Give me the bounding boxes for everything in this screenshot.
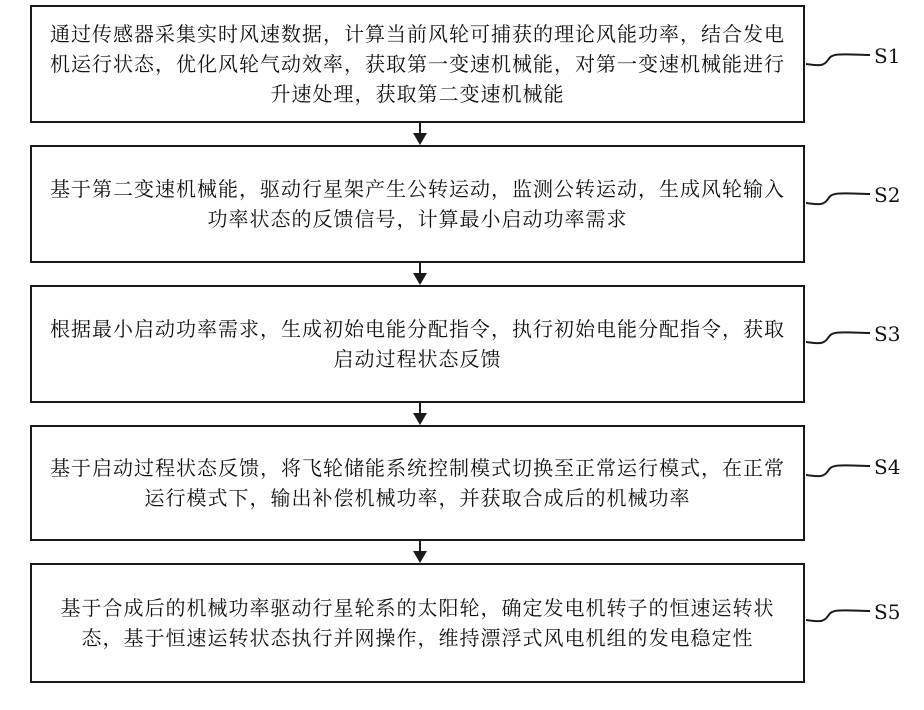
step-text-s1: 通过传感器采集实时风速数据，计算当前风轮可捕获的理论风能功率，结合发电机运行状态… (32, 19, 803, 109)
leader-line-icon (806, 604, 872, 628)
step-box-s2: 基于第二变速机械能，驱动行星架产生公转运动，监测公转运动，生成风轮输入功率状态的… (30, 145, 805, 263)
leader-line-icon (806, 187, 872, 211)
arrow-down-icon (413, 403, 427, 425)
step-label-s5: S5 (874, 600, 900, 624)
step-label-s2: S2 (874, 183, 900, 207)
leader-line-icon (806, 459, 872, 483)
step-text-s4: 基于启动过程状态反馈，将飞轮储能系统控制模式切换至正常运行模式，在正常运行模式下… (32, 453, 803, 513)
step-label-s3: S3 (874, 322, 900, 346)
step-text-s2: 基于第二变速机械能，驱动行星架产生公转运动，监测公转运动，生成风轮输入功率状态的… (32, 174, 803, 234)
step-box-s5: 基于合成后的机械功率驱动行星轮系的太阳轮，确定发电机转子的恒速运转状态，基于恒速… (30, 563, 805, 683)
arrow-down-icon (413, 541, 427, 563)
leader-line-icon (806, 48, 872, 72)
step-label-s4: S4 (874, 455, 900, 479)
leader-line-icon (806, 326, 872, 350)
step-box-s1: 通过传感器采集实时风速数据，计算当前风轮可捕获的理论风能功率，结合发电机运行状态… (30, 5, 805, 123)
arrow-down-icon (413, 263, 427, 285)
step-text-s5: 基于合成后的机械功率驱动行星轮系的太阳轮，确定发电机转子的恒速运转状态，基于恒速… (32, 593, 803, 653)
step-box-s4: 基于启动过程状态反馈，将飞轮储能系统控制模式切换至正常运行模式，在正常运行模式下… (30, 425, 805, 541)
arrow-down-icon (413, 123, 427, 145)
step-text-s3: 根据最小启动功率需求，生成初始电能分配指令，执行初始电能分配指令，获取启动过程状… (32, 314, 803, 374)
step-label-s1: S1 (874, 44, 900, 68)
step-box-s3: 根据最小启动功率需求，生成初始电能分配指令，执行初始电能分配指令，获取启动过程状… (30, 285, 805, 403)
